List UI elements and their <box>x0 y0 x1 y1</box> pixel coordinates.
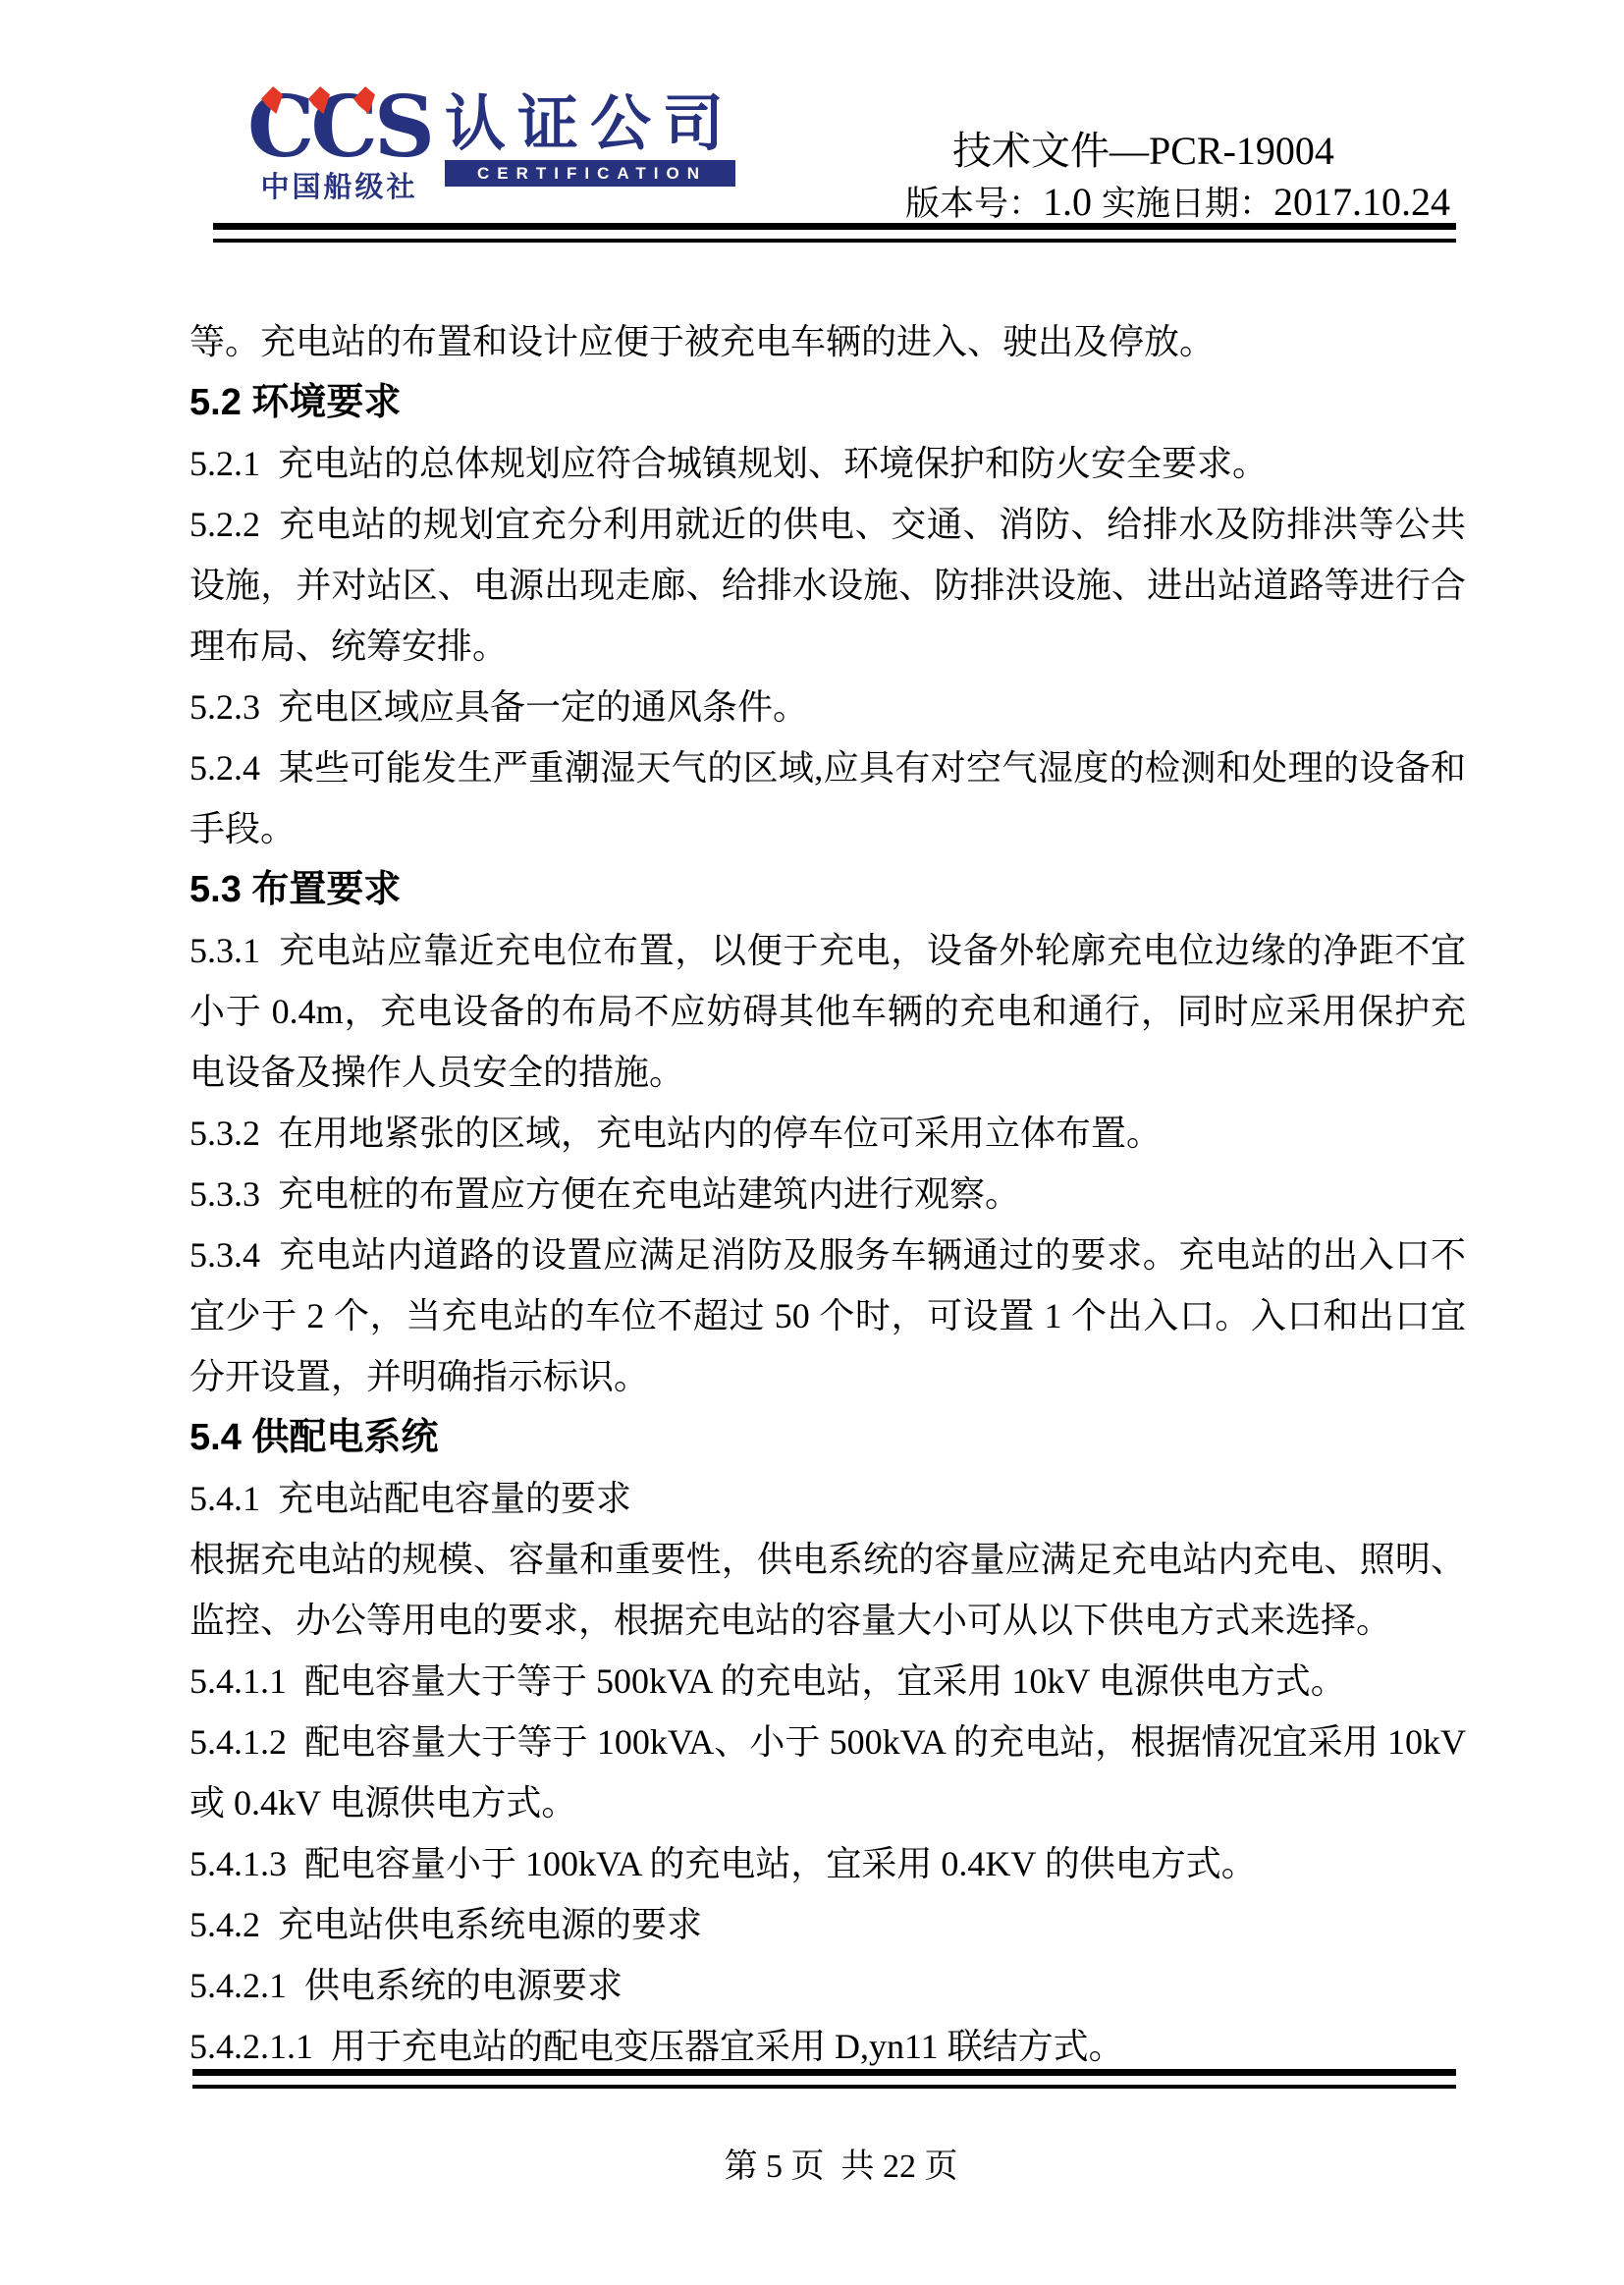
paragraph: 5.4.1.1 配电容量大于等于 500kVA 的充电站，宜采用 10kV 电源… <box>189 1651 1466 1712</box>
section-heading: 5.3 布置要求 <box>189 859 1466 920</box>
separator-thick-line <box>213 223 1456 230</box>
paragraph: 5.3.1 充电站应靠近充电位布置，以便于充电，设备外轮廓充电位边缘的净距不宜小… <box>189 920 1466 1103</box>
paragraph: 5.3.4 充电站内道路的设置应满足消防及服务车辆通过的要求。充电站的出入口不宜… <box>189 1224 1466 1407</box>
logo-cert-en-bar: CERTIFICATION <box>445 160 735 187</box>
paragraph: 等。充电站的布置和设计应便于被充电车辆的进入、驶出及停放。 <box>189 311 1466 372</box>
paragraph: 5.2.2 充电站的规划宜充分利用就近的供电、交通、消防、给排水及防排洪等公共设… <box>189 494 1466 677</box>
paragraph: 5.2.3 充电区域应具备一定的通风条件。 <box>189 677 1466 737</box>
logo-cert-en: CERTIFICATION <box>477 164 707 183</box>
ccs-logo-left: CCS 中国船级社 <box>247 94 431 205</box>
separator-thin-line <box>213 239 1456 243</box>
ccs-logo-right: 认证公司 CERTIFICATION <box>445 94 735 187</box>
section-heading: 5.4 供配电系统 <box>189 1407 1466 1468</box>
paragraph: 5.4.1.3 配电容量小于 100kVA 的充电站，宜采用 0.4KV 的供电… <box>189 1833 1466 1894</box>
ccs-logo-mark: CCS <box>247 94 431 161</box>
separator-thick-line <box>192 2069 1456 2076</box>
version-label: 版本号： <box>905 185 1043 223</box>
page-number: 第 5 页 共 22 页 <box>725 2149 958 2185</box>
date-label: 实施日期： <box>1102 185 1273 223</box>
paragraph: 5.3.3 充电桩的布置应方便在充电站建筑内进行观察。 <box>189 1164 1466 1224</box>
paragraph: 5.4.1 充电站配电容量的要求 <box>189 1468 1466 1529</box>
paragraph: 5.2.4 某些可能发生严重潮湿天气的区域,应具有对空气湿度的检测和处理的设备和… <box>189 737 1466 859</box>
version-value: 1.0 <box>1043 180 1102 224</box>
page-footer: 第 5 页 共 22 页 <box>192 2101 1456 2224</box>
paragraph: 5.2.1 充电站的总体规划应符合城镇规划、环境保护和防火安全要求。 <box>189 433 1466 494</box>
paragraph: 5.4.2.1.1 用于充电站的配电变压器宜采用 D,yn11 联结方式。 <box>189 2016 1466 2077</box>
doc-number: 技术文件—PCR-19004 <box>952 120 1334 176</box>
header-separator <box>213 223 1456 243</box>
separator-thin-line <box>192 2085 1456 2089</box>
version-line: 版本号：1.0 实施日期：2017.10.24 <box>905 177 1450 226</box>
footer-separator <box>192 2069 1456 2089</box>
paragraph: 根据充电站的规模、容量和重要性，供电系统的容量应满足充电站内充电、照明、监控、办… <box>189 1529 1466 1651</box>
paragraph: 5.4.2 充电站供电系统电源的要求 <box>189 1894 1466 1955</box>
paragraph: 5.4.2.1 供电系统的电源要求 <box>189 1955 1466 2016</box>
section-heading: 5.2 环境要求 <box>189 372 1466 433</box>
logo-cert-cn: 认证公司 <box>445 94 735 155</box>
paragraph: 5.4.1.2 配电容量大于等于 100kVA、小于 500kVA 的充电站，根… <box>189 1712 1466 1833</box>
ccs-logo: CCS 中国船级社 认证公司 CERTIFICATION <box>247 94 735 205</box>
paragraph: 5.3.2 在用地紧张的区域，充电站内的停车位可采用立体布置。 <box>189 1103 1466 1164</box>
document-body: 等。充电站的布置和设计应便于被充电车辆的进入、驶出及停放。5.2 环境要求5.2… <box>189 311 1466 2077</box>
document-page: CCS 中国船级社 认证公司 CERTIFICATION 技术文件—PCR-19… <box>0 0 1624 2285</box>
date-value: 2017.10.24 <box>1273 180 1450 224</box>
